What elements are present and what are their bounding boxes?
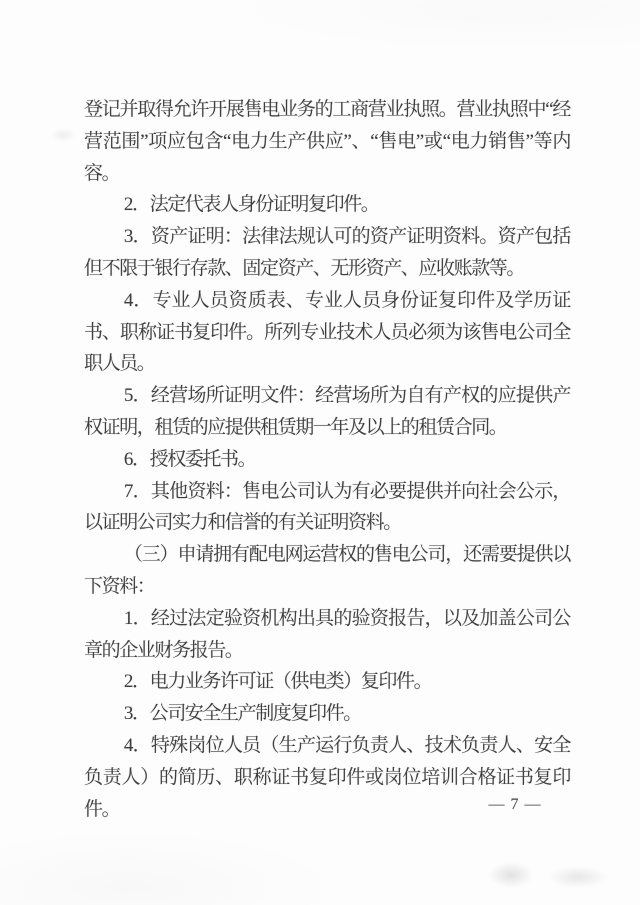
paragraph: 2．电力业务许可证（供电类）复印件。 — [84, 666, 570, 698]
paragraph: 5．经营场所证明文件：经营场所为自有产权的应提供产权证明，租赁的应提供租赁期一年… — [84, 380, 570, 444]
paragraph: 3．资产证明：法律法规认可的资产证明资料。资产包括但不限于银行存款、固定资产、无… — [84, 221, 570, 285]
paragraph: 2．法定代表人身份证明复印件。 — [84, 189, 570, 221]
paragraph: 1．经过法定验资机构出具的验资报告，以及加盖公司公章的企业财务报告。 — [84, 603, 570, 667]
document-body: 登记并取得允许开展售电业务的工商营业执照。营业执照中“经营范围”项应包含“电力生… — [84, 94, 570, 825]
paragraph: 登记并取得允许开展售电业务的工商营业执照。营业执照中“经营范围”项应包含“电力生… — [84, 94, 570, 189]
scan-smudge — [488, 862, 534, 888]
paragraph: 7．其他资料：售电公司认为有必要提供并向社会公示，以证明公司实力和信誉的有关证明… — [84, 476, 570, 540]
scan-smudge — [548, 866, 608, 888]
paragraph: （三）申请拥有配电网运营权的售电公司，还需要提供以下资料： — [84, 539, 570, 603]
document-page: 登记并取得允许开展售电业务的工商营业执照。营业执照中“经营范围”项应包含“电力生… — [0, 0, 640, 905]
scan-smudge — [50, 128, 76, 142]
paragraph: 4．专业人员资质表、专业人员身份证复印件及学历证书、职称证书复印件。所列专业技术… — [84, 285, 570, 380]
paragraph: 6．授权委托书。 — [84, 444, 570, 476]
page-number: — 7 — — [470, 796, 560, 814]
paragraph: 3．公司安全生产制度复印件。 — [84, 698, 570, 730]
